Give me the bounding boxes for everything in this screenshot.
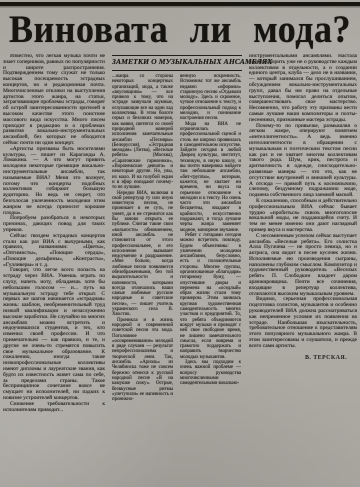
paragraph: Нередко ВИА, включая в свой репертуар ту… — [112, 191, 173, 318]
paragraph: Мода на ВИА не ограничилась профессионал… — [180, 122, 241, 233]
middle-section: ЗАМЕТКИ О МУЗЫКАЛЬНЫХ АНСАМБЛЯХ ...жанра… — [112, 54, 242, 470]
right-column-wrap: инструментальными ансамблями. Настала вр… — [249, 54, 357, 470]
paragraph: Известно, что легкая музыка почти не зна… — [3, 54, 105, 147]
text-column-2: ...жанра со стороны некоторых концертных… — [112, 74, 173, 470]
paragraph: венную искренность. Вспомним: тот же анс… — [180, 74, 241, 122]
paragraph: Здесь мы подходим к очень важной проблем… — [180, 360, 241, 386]
paragraph: Сейчас гвоздем эстрадных концертов стали… — [3, 234, 105, 269]
paragraph: Почему-то по привычке, размышляя о легко… — [249, 124, 357, 199]
paragraph: Попробуем разобраться в некоторых причин… — [3, 216, 105, 233]
top-rule — [0, 2, 360, 6]
article-kicker: ЗАМЕТКИ О МУЗЫКАЛЬНЫХ АНСАМБЛЯХ — [112, 56, 242, 68]
paragraph: Говорят, что легче всего попасть на эстр… — [3, 268, 105, 401]
paragraph: Видимо, серьезная профессиональная подго… — [249, 297, 357, 349]
paragraph: К сожалению, способным и действительно п… — [249, 199, 357, 234]
paragraph: инструментальными ансамблями. Настала вр… — [249, 54, 357, 124]
newspaper-clipping: Виновата ли мода? Известно, что легкая м… — [0, 0, 360, 487]
text-column-4: инструментальными ансамблями. Настала вр… — [249, 54, 357, 350]
article-body: Известно, что легкая музыка почти не зна… — [0, 54, 360, 470]
middle-columns: ...жанра со стороны некоторых концертных… — [112, 74, 242, 470]
paragraph: «Артисты призваны быть носителями культу… — [3, 147, 105, 217]
article-headline: Виновата ли мода? — [4, 10, 356, 49]
text-column-1: Известно, что легкая музыка почти не зна… — [3, 54, 105, 470]
kicker-rule-bottom — [112, 70, 242, 71]
text-column-3: венную искренность. Вспомним: тот же анс… — [180, 74, 241, 470]
paragraph: ...жанра со стороны некоторых концертных… — [112, 74, 173, 191]
author-byline: В. ТЕРСКАЯ. — [249, 355, 357, 361]
paragraph: Снижение требовательности к исполнителям… — [3, 402, 105, 414]
paragraph: С несомненным успехом сейчас выступает а… — [249, 234, 357, 298]
paragraph: Проникла и в жизнь народной и современно… — [112, 318, 173, 403]
paragraph: Ребят с гитарами сегодня можно встретить… — [180, 233, 241, 360]
